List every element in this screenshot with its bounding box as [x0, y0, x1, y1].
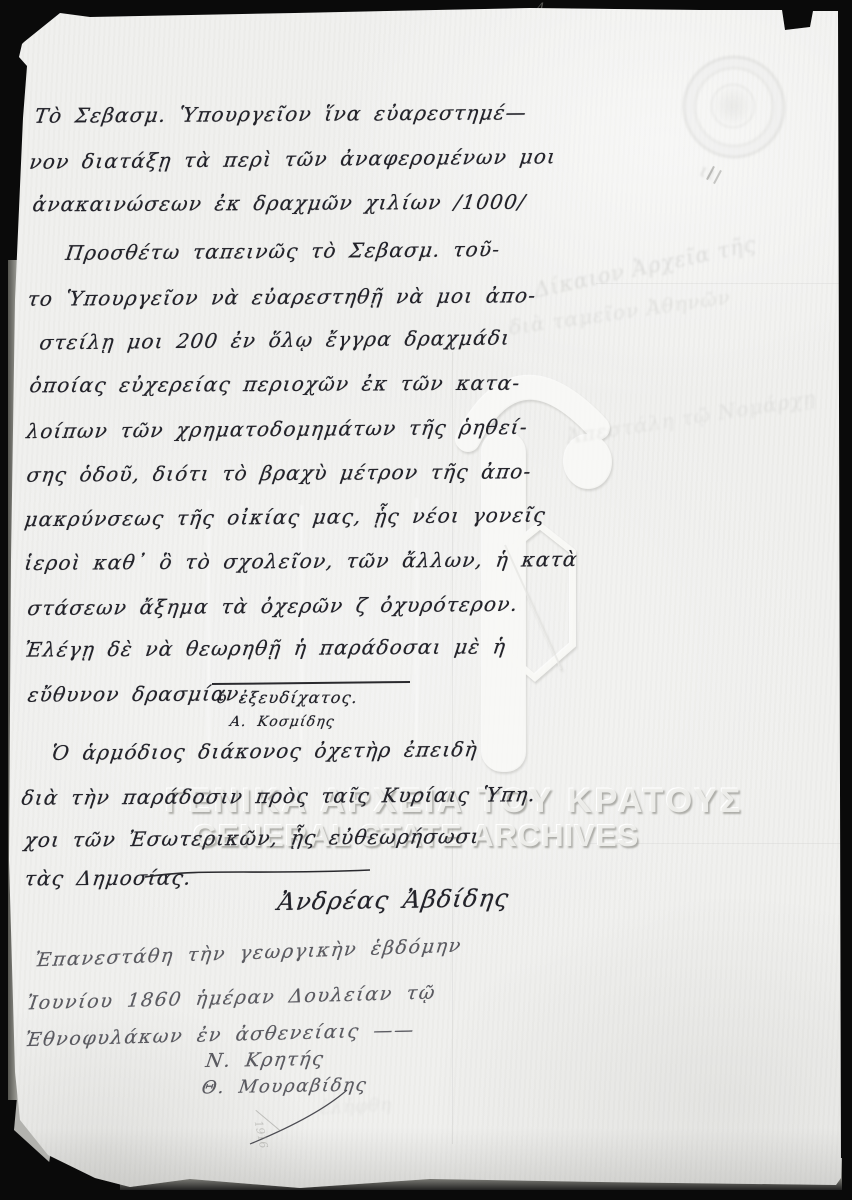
- manuscript-line: Ὁ ἁρμόδιος διάκονος ὀχετὴρ ἐπειδὴ: [50, 737, 479, 765]
- manuscript-line: Τὸ Σεβασμ. Ὑπουργεῖον ἵνα εὐαρεστημέ—: [33, 100, 529, 127]
- manuscript-line: Προσθέτω ταπεινῶς τὸ Σεβασμ. τοῦ-: [64, 237, 502, 265]
- inline-note-name: Α. Κοσμίδης: [229, 714, 336, 730]
- inline-note-text: ὁ ἐξευδίχατος.: [216, 688, 360, 707]
- manuscript-line: το Ὑπουργεῖον νὰ εὐαρεστηθῇ νὰ μοι ἀπο-: [26, 283, 538, 311]
- scan-streak: [415, 498, 418, 748]
- docket-line: Ἐθνοφυλάκων ἐν ἀσθενείαις ——: [24, 1019, 416, 1051]
- docket-signature: Ν. Κρητής: [204, 1048, 326, 1072]
- manuscript-line: ἀνακαινώσεων ἐκ δραχμῶν χιλίων /1000/: [31, 190, 527, 217]
- manuscript-line: μακρύνσεως τῆς οἰκίας μας, ᾗς νέοι γονεῖ…: [23, 503, 547, 532]
- embossed-seal-icon: [683, 56, 785, 158]
- closing-flourish: [140, 862, 380, 884]
- paper-crease: [596, 283, 852, 284]
- document-page: Δίκαιον Ἀρχεῖα τῆς διὰ ταμεῖον Ἀθηνῶν Ἀπ…: [0, 0, 852, 1200]
- manuscript-line: νον διατάξῃ τὰ περὶ τῶν ἀναφερομένων μοι: [28, 144, 558, 174]
- manuscript-line: ἱεροὶ καθ᾽ ὃ τὸ σχολεῖον, τῶν ἄλλων, ἡ κ…: [23, 547, 579, 575]
- scan-background: 4 Δίκαιον Ἀρχεῖα τῆς διὰ ταμεῖον Ἀθηνῶν …: [0, 0, 852, 1200]
- docket-line: Ἐπανεστάθη τὴν γεωργικὴν ἑβδόμην: [34, 935, 464, 972]
- scan-streak: [207, 500, 210, 745]
- manuscript-line: ὁποίας εὐχερείας περιοχῶν ἐκ τῶν κατα-: [28, 371, 522, 398]
- manuscript-line: λοίπων τῶν χρηματοδομημάτων τῆς ῥηθεί-: [25, 415, 529, 443]
- manuscript-line: στείλῃ μοι 200 ἐν ὅλῳ ἔγγρα δραχμάδι: [38, 326, 512, 355]
- scan-streak: [300, 505, 303, 745]
- seal-inner-emblem: [711, 84, 755, 128]
- manuscript-line: στάσεων ἄξημα τὰ ὀχερῶν ζ ὀχυρότερον.: [26, 592, 520, 620]
- manuscript-line: σης ὁδοῦ, διότι τὸ βραχὺ μέτρον τῆς ἀπο-: [25, 459, 533, 487]
- manuscript-line: χοι τῶν Ἐσωτερικῶν, ᾗς εὐθεωρήσωσι: [23, 824, 481, 852]
- manuscript-line: διὰ τὴν παράδοσιν πρὸς ταῖς Κυρίαις Ὑπη.: [20, 782, 538, 810]
- signature-main: Ἀνδρέας Ἀβδίδης: [276, 884, 512, 916]
- manuscript-line: Ἐλέγῃ δὲ νὰ θεωρηθῇ ἡ παράδοσαι μὲ ἡ: [23, 634, 508, 661]
- docket-line: Ἰουνίου 1860 ἡμέραν Δουλείαν τῷ: [26, 982, 438, 1015]
